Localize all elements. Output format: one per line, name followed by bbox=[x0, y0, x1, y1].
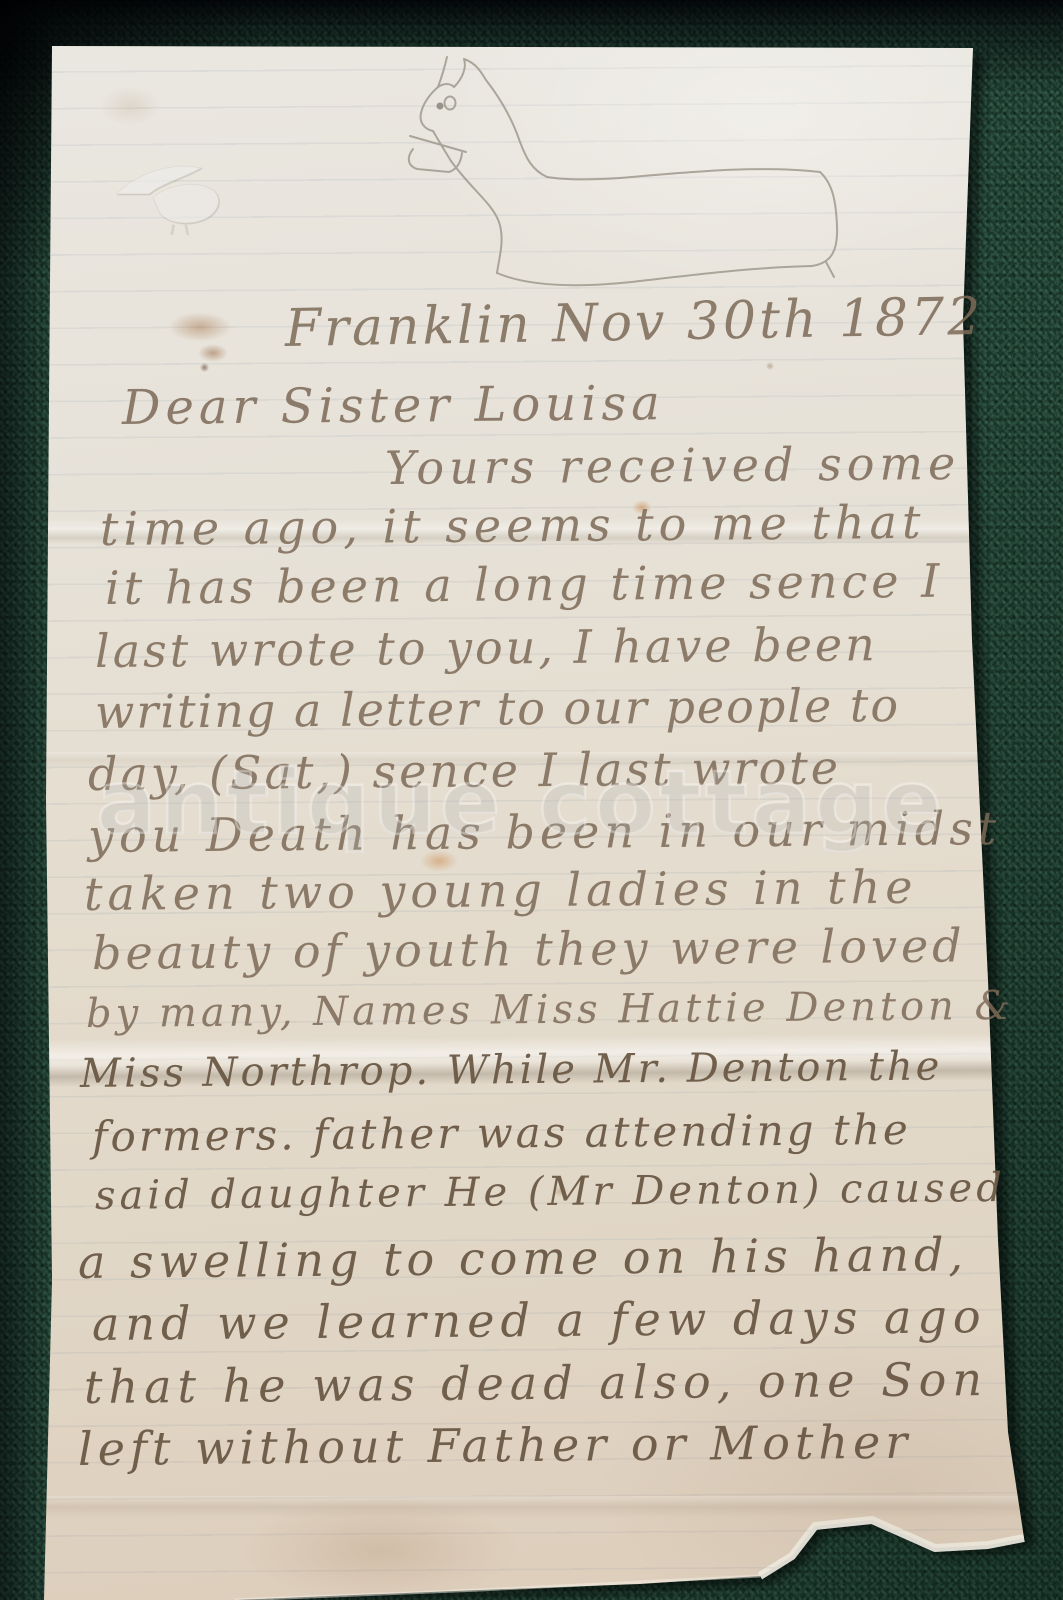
embossed-bird-seal bbox=[103, 152, 253, 242]
letter-line: it has been a long time sence I bbox=[105, 556, 944, 615]
letter-line: beauty of youth they were loved bbox=[92, 920, 966, 979]
letter-line: a swelling to come on his hand, bbox=[78, 1229, 968, 1288]
letter-line: you Death has been in our midst bbox=[88, 803, 1002, 862]
letter-place-date: Franklin Nov 30th 1872 bbox=[284, 288, 983, 358]
letter-line: last wrote to you, I have been bbox=[95, 619, 878, 677]
letter-line: Yours received some bbox=[385, 438, 961, 495]
letter-line: taken two young ladies in the bbox=[84, 862, 918, 921]
letter-line: said daughter He (Mr Denton) caused bbox=[95, 1166, 1006, 1219]
letter-line: day, (Sat,) sence I last wrote bbox=[88, 742, 841, 800]
letter-line: that he was dead also, one Son bbox=[84, 1354, 988, 1413]
letter-line: time ago, it seems to me that bbox=[100, 497, 926, 556]
letter-line: by many, Names Miss Hattie Denton & bbox=[86, 984, 1015, 1037]
horse-sketch-drawing bbox=[395, 45, 860, 300]
letter-line: left without Father or Mother bbox=[78, 1417, 913, 1476]
letter-salutation: Dear Sister Louisa bbox=[122, 377, 665, 435]
letter-line: Miss Northrop. While Mr. Denton the bbox=[80, 1044, 943, 1096]
letter-line: writing a letter to our people to bbox=[95, 680, 900, 739]
letter-line: formers. father was attending the bbox=[92, 1106, 911, 1160]
letter-photo: Franklin Nov 30th 1872 Dear Sister Louis… bbox=[0, 0, 1063, 1600]
letter-line: and we learned a few days ago bbox=[92, 1291, 987, 1350]
